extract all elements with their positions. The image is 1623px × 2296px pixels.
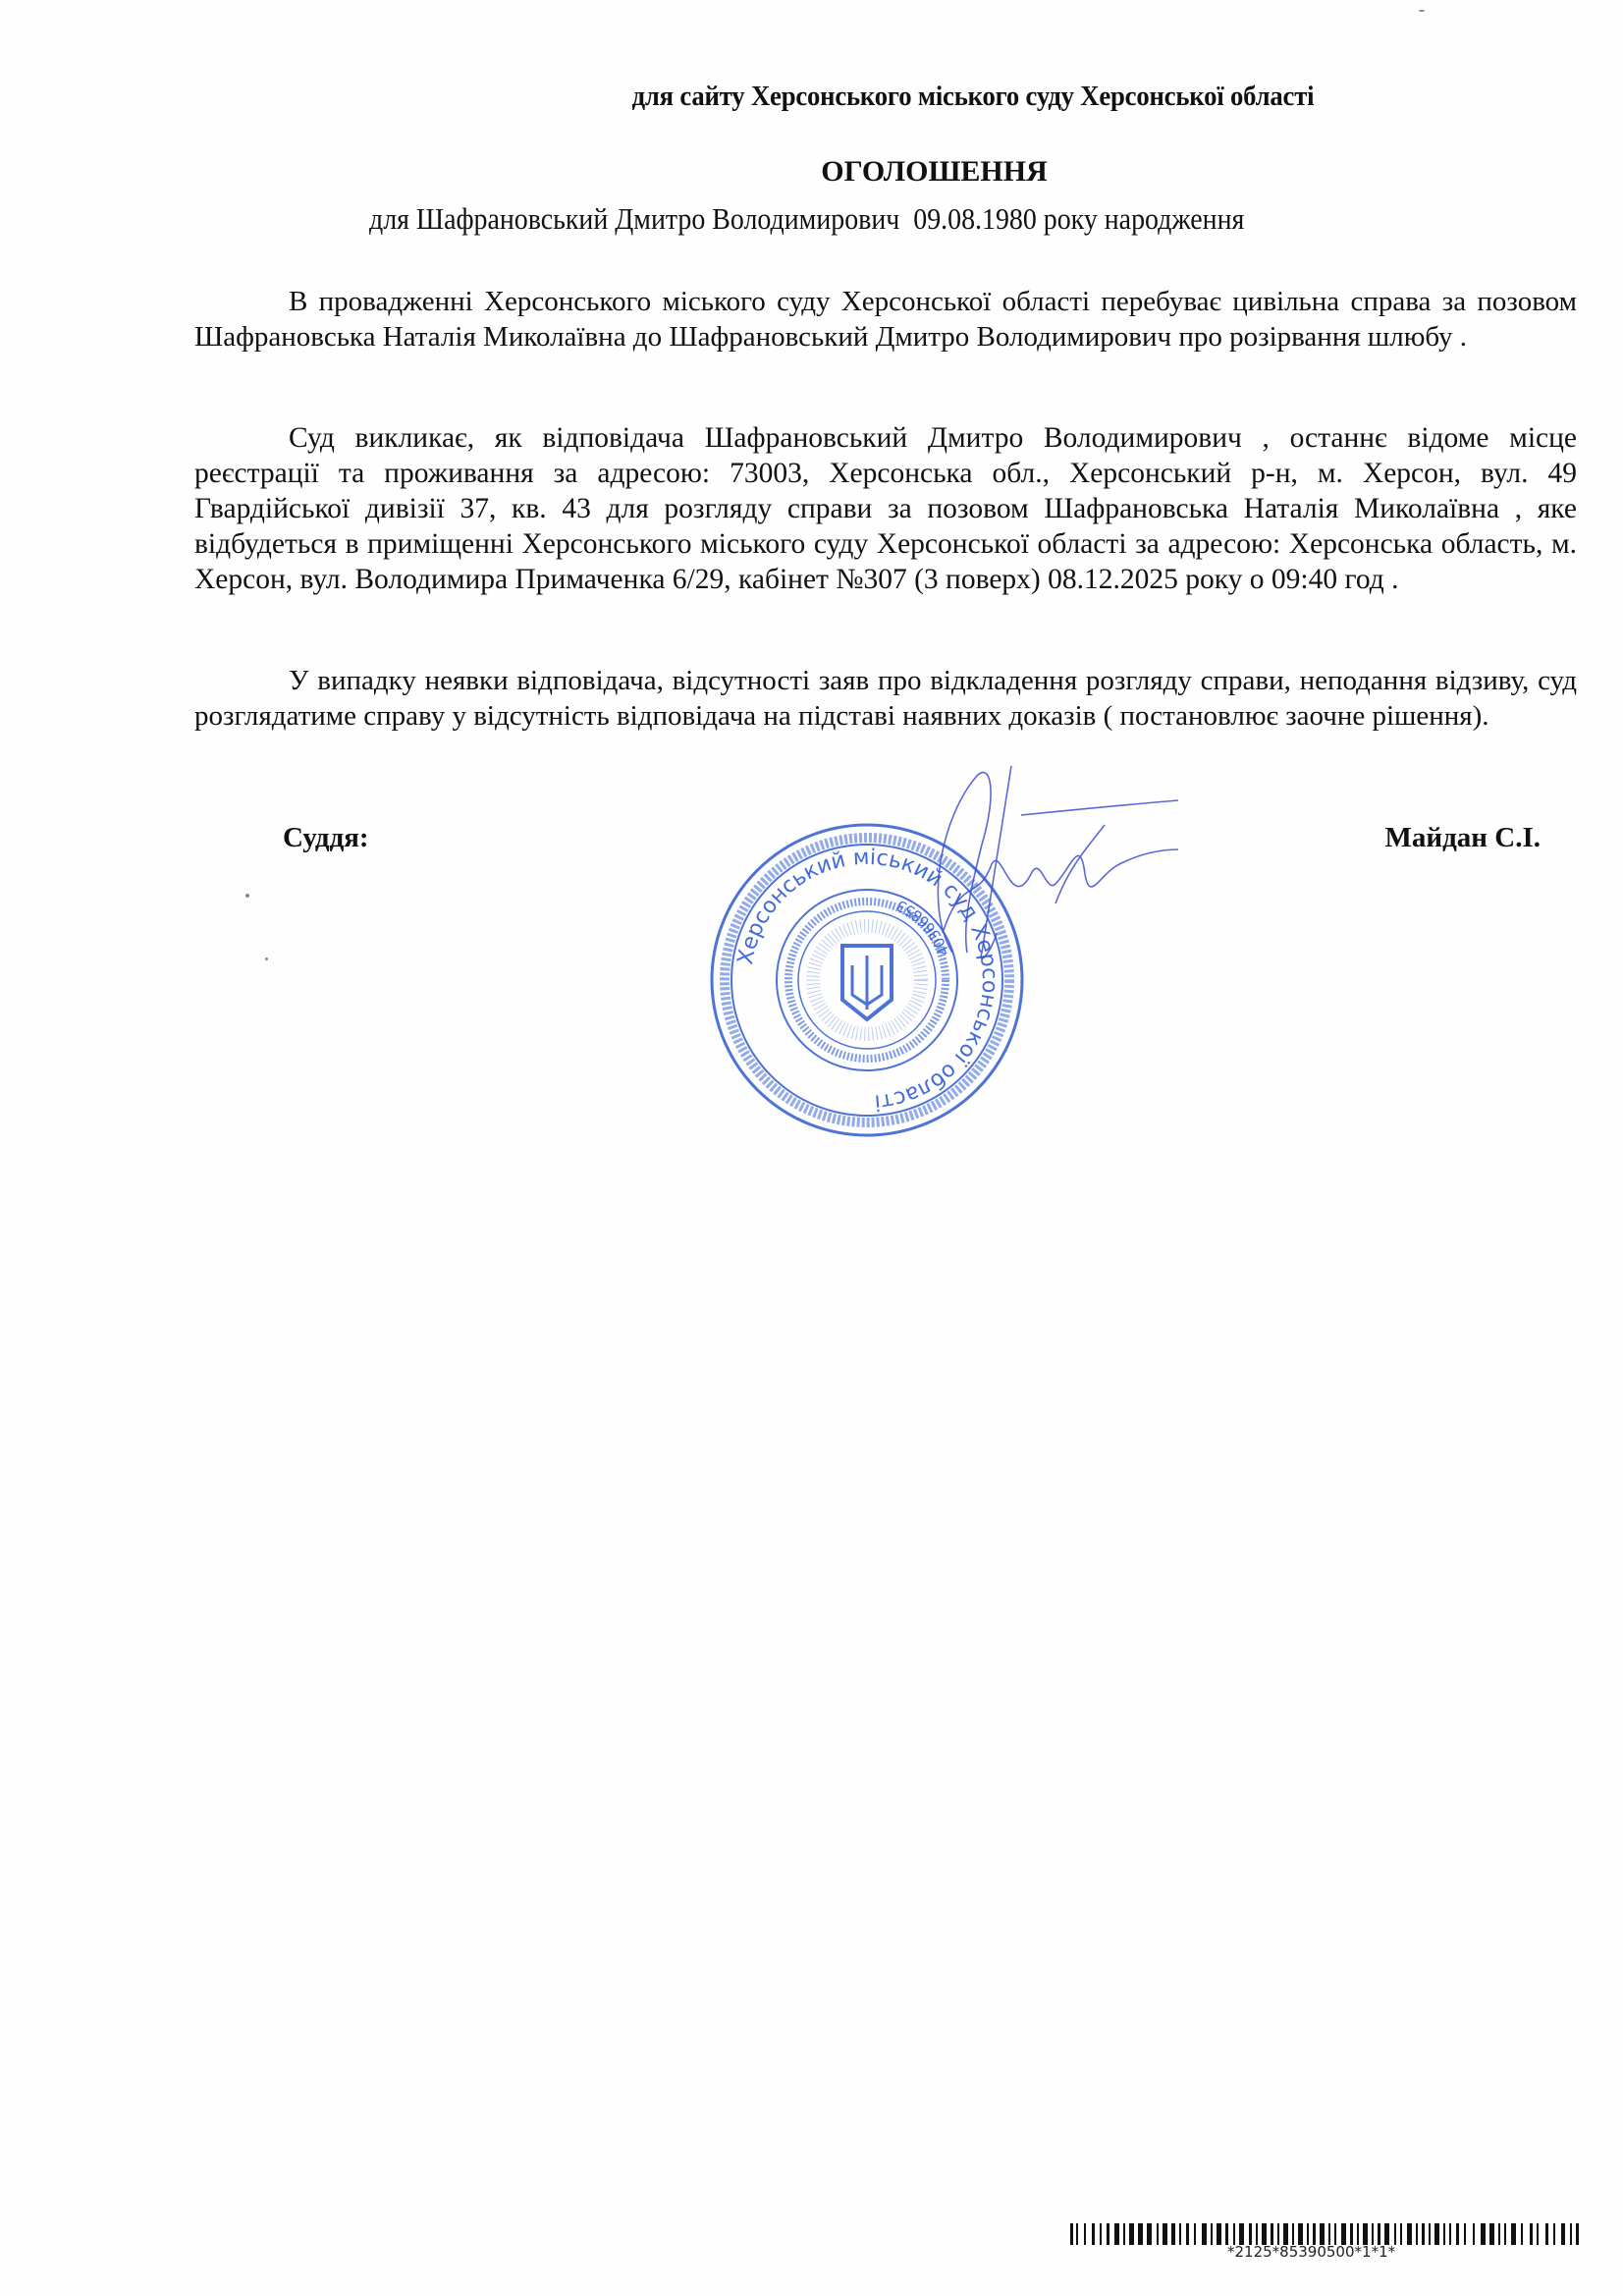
paragraph-summons: Суд викликає, як відповідача Шафрановськ… [194,420,1577,597]
scan-speck [1419,10,1425,12]
document-title: ОГОЛОШЕННЯ [0,155,1623,189]
document-header: для сайту Херсонського міського суду Хер… [78,81,1571,113]
document-page: для сайту Херсонського міського суду Хер… [0,0,1623,2296]
scan-speck [245,894,249,898]
scan-speck [265,957,268,960]
judge-signature-icon [884,756,1198,982]
barcode-number: *2125*85390500*1*1* [1227,2243,1395,2261]
paragraph-proceedings: В провадженні Херсонського міського суду… [194,285,1577,355]
barcode-icon [1070,2223,1581,2245]
document-subtitle: для Шафрановський Дмитро Володимирович 0… [369,201,1244,237]
judge-label: Суддя: [283,822,369,854]
judge-name: Майдан С.І. [1385,822,1541,854]
paragraph-default-judgment: У випадку неявки відповідача, відсутност… [194,664,1577,734]
